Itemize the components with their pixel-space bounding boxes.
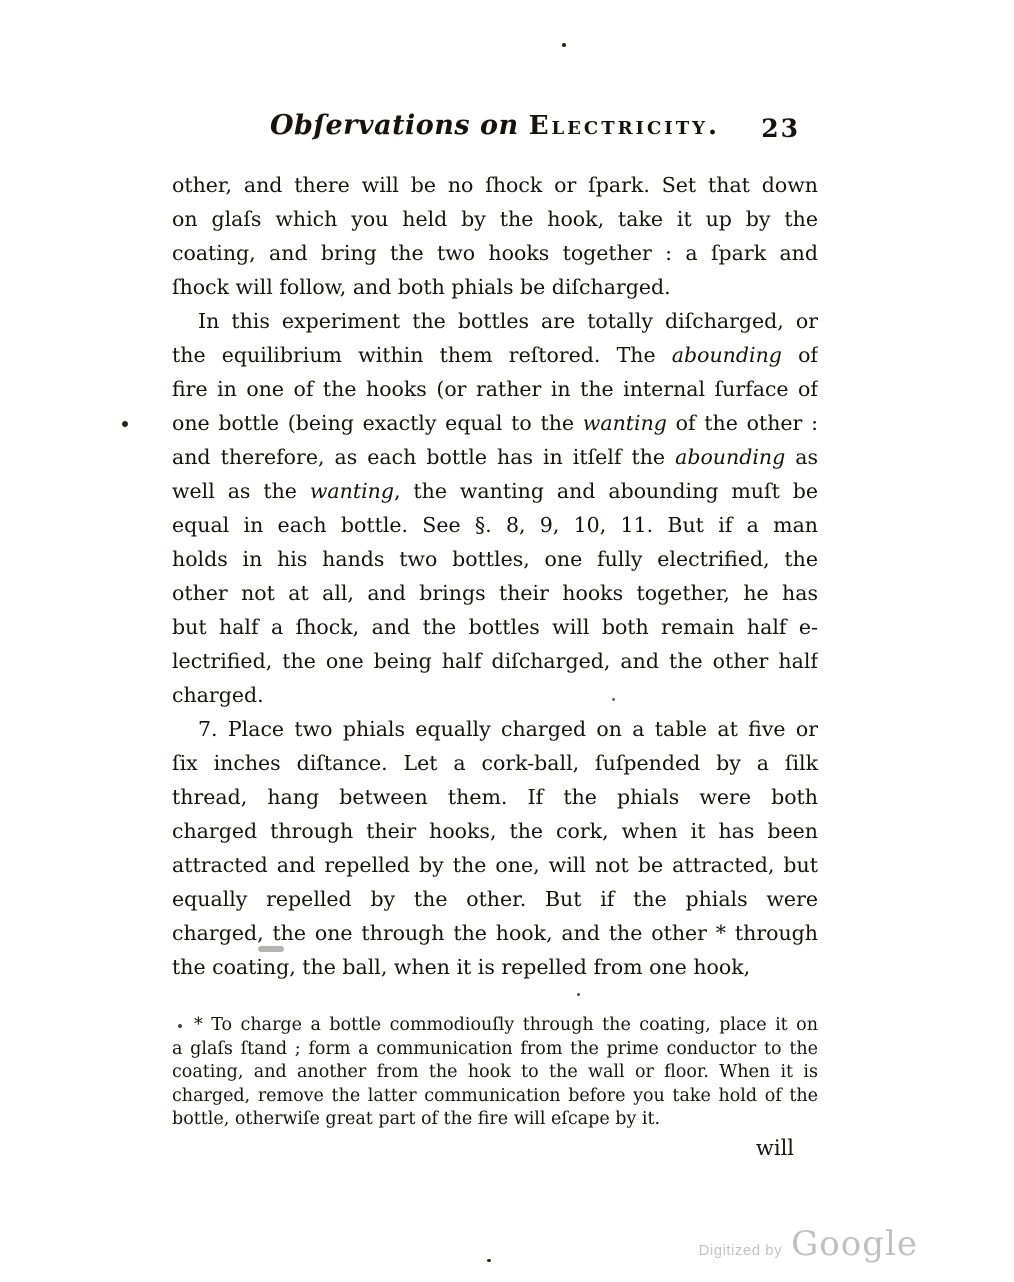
text-line: equally repelled by the other. But if th… [172,882,818,916]
text-line: In this experiment the bottles are total… [172,304,818,338]
running-title: Obſervations onElectricity. [172,110,818,141]
ink-speck [562,43,566,47]
ink-speck [487,1259,491,1262]
text-line: one bottle (being exactly equal to the w… [172,406,818,440]
footnote: * To charge a bottle commodiouſly throug… [172,1014,818,1132]
text-line: fire in one of the hooks (or rather in t… [172,372,818,406]
running-title-italic: Obſervations on [270,110,519,141]
text-line: coating, and bring the two hooks togethe… [172,236,818,270]
text-line: attracted and repelled by the one, will … [172,848,818,882]
text-line: the equilibrium within them reſtored. Th… [172,338,818,372]
text-line: * To charge a bottle commodiouſly throug… [172,1014,818,1038]
body-text: other, and there will be no ſhock or ſpa… [172,168,818,984]
ink-speck [122,421,128,427]
text-line: coating, and another from the hook to th… [172,1061,818,1085]
ink-speck [178,1024,182,1028]
page-content: Obſervations onElectricity. 23 other, an… [172,110,818,1160]
text-line: a glaſs ſtand ; form a communication fro… [172,1038,818,1062]
text-line: charged, remove the latter communication… [172,1085,818,1109]
text-line: bottle, otherwiſe great part of the fire… [172,1108,818,1132]
text-line: charged, the one through the hook, and t… [172,916,818,950]
digitized-by-label: Digitized by [699,1242,783,1259]
ink-speck [612,698,615,701]
text-line: other not at all, and brings their hooks… [172,576,818,610]
text-line: ſhock will follow, and both phials be di… [172,270,818,304]
ink-speck [258,946,284,952]
ink-speck [577,993,580,996]
text-line: other, and there will be no ſhock or ſpa… [172,168,818,202]
text-line: charged through their hooks, the cork, w… [172,814,818,848]
catchword: will [172,1136,818,1160]
google-watermark: Digitized by Google [699,1224,918,1264]
running-title-caps: Electricity. [529,111,720,141]
text-line: on glaſs which you held by the hook, tak… [172,202,818,236]
text-line: well as the wanting, the wanting and abo… [172,474,818,508]
page-number: 23 [761,114,800,143]
text-line: 7. Place two phials equally charged on a… [172,712,818,746]
google-logo: Google [791,1224,918,1264]
text-line: but half a ſhock, and the bottles will b… [172,610,818,644]
book-page: Obſervations onElectricity. 23 other, an… [0,0,1014,1282]
text-line: charged. [172,678,818,712]
text-line: the coating, the ball, when it is repell… [172,950,818,984]
page-header: Obſervations onElectricity. 23 [172,110,818,154]
text-line: ſix inches diſtance. Let a cork-ball, ſu… [172,746,818,780]
text-line: and therefore, as each bottle has in itſ… [172,440,818,474]
text-line: thread, hang between them. If the phials… [172,780,818,814]
text-line: equal in each bottle. See §. 8, 9, 10, 1… [172,508,818,542]
text-line: holds in his hands two bottles, one full… [172,542,818,576]
text-line: lectrified, the one being half diſcharge… [172,644,818,678]
